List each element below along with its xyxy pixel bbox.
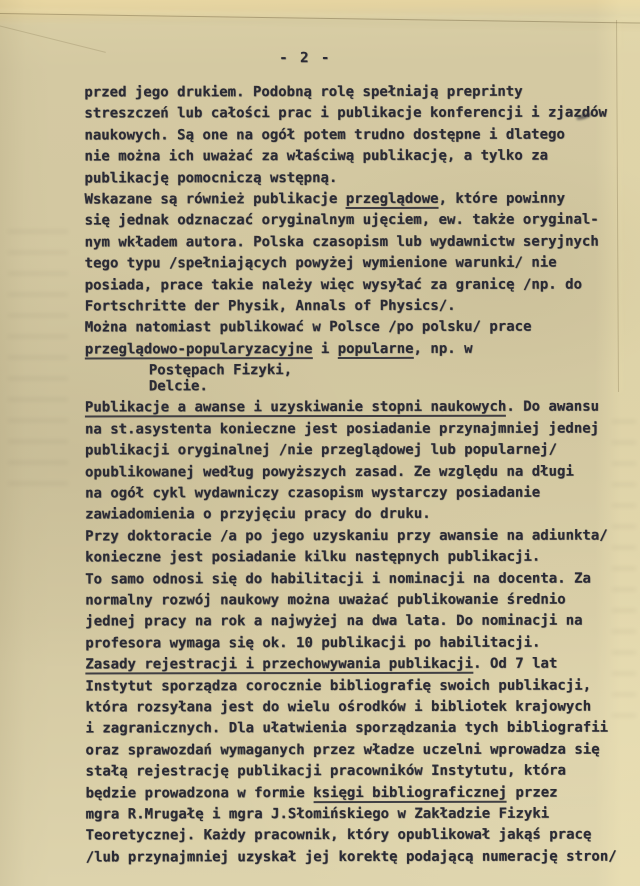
text-line: Można natomiast publikować w Polsce /po … — [85, 319, 615, 341]
underlined-text: księgi bibliograficznej — [313, 784, 507, 802]
text-line: Instytut sporządza corocznie bibliografi… — [85, 677, 615, 699]
text-line: będzie prowadzona w formie księgi biblio… — [86, 784, 616, 806]
text-segment: tego typu /spełniających powyżej wymieni… — [85, 255, 557, 272]
text-segment: stałą rejestrację publikacji pracowników… — [86, 763, 566, 780]
text-segment: Postępach Fizyki, — [149, 362, 292, 378]
ghost-text-bleedthrough — [8, 230, 68, 490]
text-segment: jednej pracy na rok a najwyżej na dwa la… — [85, 613, 582, 630]
text-segment: Delcie. — [149, 378, 208, 394]
text-segment: . Od 7 lat — [473, 656, 557, 672]
text-segment: przed jego drukiem. Podobną rolę spełnia… — [84, 84, 522, 101]
text-line: przeglądowo-popularyzacyjne i popularne,… — [85, 340, 615, 362]
text-line: Zasady rejestracji i przechowywania publ… — [85, 656, 615, 678]
text-line: konieczne jest posiadanie kilku następny… — [85, 549, 615, 571]
underlined-text: Zasady rejestracji i przechowywania publ… — [85, 656, 473, 675]
text-segment: Teoretycznej. Każdy pracownik, który opu… — [86, 827, 592, 844]
text-line: która rozsyłana jest do wielu ośrodków i… — [85, 698, 615, 720]
text-segment: i — [312, 341, 337, 357]
text-segment: , np. w — [414, 340, 473, 356]
text-segment: streszczeń lub całości prac i publikacje… — [84, 105, 607, 122]
text-segment: na st.asystenta konieczne jest posiadani… — [85, 420, 599, 437]
text-line: Wskazane są również publikacje przeglądo… — [85, 190, 615, 212]
text-segment: To samo odnosi się do habilitacji i nomi… — [85, 570, 591, 587]
text-line: mgra R.Mrugałę i mgra J.Słomińskiego w Z… — [86, 805, 616, 827]
text-segment: nym wkładem autora. Polska czasopism lub… — [85, 233, 599, 250]
page-number: - 2 - — [84, 50, 614, 73]
text-line: jednej pracy na rok a najwyżej na dwa la… — [85, 613, 615, 635]
text-segment: oraz sprawozdań wymaganych przez władze … — [85, 741, 599, 758]
text-segment: będzie prowadzona w formie — [86, 785, 314, 801]
text-segment: na ogół cykl wydawniczy czasopism wystar… — [85, 485, 540, 502]
text-segment: . Do awansu — [506, 399, 599, 415]
underlined-text: przeglądowo-popularyzacyjne — [85, 341, 313, 359]
text-line: naukowych. Są one na ogół potem trudno d… — [84, 126, 614, 148]
text-segment: nie można ich uważać za właściwą publika… — [84, 148, 548, 165]
text-segment: , które powinny — [439, 191, 565, 207]
text-line: na st.asystenta konieczne jest posiadani… — [85, 420, 615, 442]
text-line: na ogół cykl wydawniczy czasopism wystar… — [85, 485, 615, 507]
text-line: normalny rozwój naukowy można uważać pub… — [85, 592, 615, 614]
underlined-text: przeglądowe — [346, 191, 439, 209]
text-segment: konieczne jest posiadanie kilku następny… — [85, 549, 540, 566]
paper-crease-corner — [0, 18, 106, 53]
text-segment: normalny rozwój naukowy można uważać pub… — [85, 592, 565, 609]
text-line: zawiadomienia o przyjęciu pracy do druku… — [85, 506, 615, 528]
text-segment: się jednak odznaczać oryginalnym ujęciem… — [85, 212, 599, 229]
text-segment: Instytut sporządza corocznie bibliografi… — [85, 677, 591, 694]
text-line: streszczeń lub całości prac i publikacje… — [84, 105, 614, 127]
text-line: posiada, prace takie należy więc wysyłać… — [85, 276, 615, 298]
text-segment: Można natomiast publikować w Polsce /po … — [85, 319, 532, 336]
text-segment: publikację pomocniczą wstępną. — [84, 170, 337, 186]
paper-crease-vertical — [616, 20, 619, 392]
text-segment: która rozsyłana jest do wielu ośrodków i… — [85, 699, 591, 716]
text-line: Przy doktoracie /a po jego uzyskaniu prz… — [85, 527, 615, 549]
text-segment: publikacji oryginalnej /nie przeglądowej… — [85, 442, 557, 459]
text-line: nie można ich uważać za właściwą publika… — [84, 148, 614, 170]
text-segment: Wskazane są również publikacje — [85, 191, 346, 207]
text-segment: mgra R.Mrugałę i mgra J.Słomińskiego w Z… — [86, 806, 550, 823]
paper-crease-horizontal — [0, 13, 640, 24]
text-line: oraz sprawozdań wymaganych przez władze … — [85, 741, 615, 763]
text-segment: profesora wymaga się ok. 10 publikacji p… — [85, 634, 540, 651]
text-line: tego typu /spełniających powyżej wymieni… — [85, 255, 615, 277]
text-line: Publikacje a awanse i uzyskiwanie stopni… — [85, 399, 615, 421]
text-line: opublikowanej według powyższych zasad. Z… — [85, 463, 615, 485]
text-line: publikacji oryginalnej /nie przeglądowej… — [85, 442, 615, 464]
text-line: i zagranicznych. Dla ułatwienia sporządz… — [85, 720, 615, 742]
text-line: /lub przynajmniej uzyskał jej korektę po… — [86, 848, 616, 870]
underlined-text: Publikacje a awanse i uzyskiwanie stopni… — [85, 399, 506, 418]
text-segment: zawiadomienia o przyjęciu pracy do druku… — [85, 506, 431, 523]
text-segment: /lub przynajmniej uzyskał jej korektę po… — [86, 848, 617, 865]
text-line: przed jego drukiem. Podobną rolę spełnia… — [84, 84, 614, 106]
scanned-typewritten-page: - 2 - przed jego drukiem. Podobną rolę s… — [0, 0, 640, 886]
text-line: profesora wymaga się ok. 10 publikacji p… — [85, 634, 615, 656]
text-segment: Przy doktoracie /a po jego uzyskaniu prz… — [85, 527, 608, 544]
text-line: Delcie. — [85, 378, 615, 400]
text-segment: i zagranicznych. Dla ułatwienia sporządz… — [85, 720, 608, 737]
text-line: To samo odnosi się do habilitacji i nomi… — [85, 570, 615, 592]
text-segment: Fortschritte der Physik, Annals of Physi… — [85, 298, 456, 315]
document-lines: przed jego drukiem. Podobną rolę spełnia… — [84, 84, 615, 871]
text-segment: naukowych. Są one na ogół potem trudno d… — [84, 126, 564, 143]
text-segment: opublikowanej według powyższych zasad. Z… — [85, 463, 574, 480]
typewritten-text-block: - 2 - przed jego drukiem. Podobną rolę s… — [84, 50, 615, 871]
text-line: Fortschritte der Physik, Annals of Physi… — [85, 297, 615, 319]
underlined-text: popularne — [338, 341, 414, 359]
text-line: Postępach Fizyki, — [85, 362, 615, 379]
text-line: nym wkładem autora. Polska czasopism lub… — [85, 233, 615, 255]
text-line: stałą rejestrację publikacji pracowników… — [86, 763, 616, 785]
text-line: się jednak odznaczać oryginalnym ujęciem… — [85, 212, 615, 234]
text-line: publikację pomocniczą wstępną. — [84, 169, 614, 191]
ghost-text-bleedthrough — [612, 420, 636, 720]
text-line: Teoretycznej. Każdy pracownik, który opu… — [86, 827, 616, 849]
text-segment: przez — [507, 784, 558, 800]
text-segment: posiada, prace takie należy więc wysyłać… — [85, 276, 582, 293]
